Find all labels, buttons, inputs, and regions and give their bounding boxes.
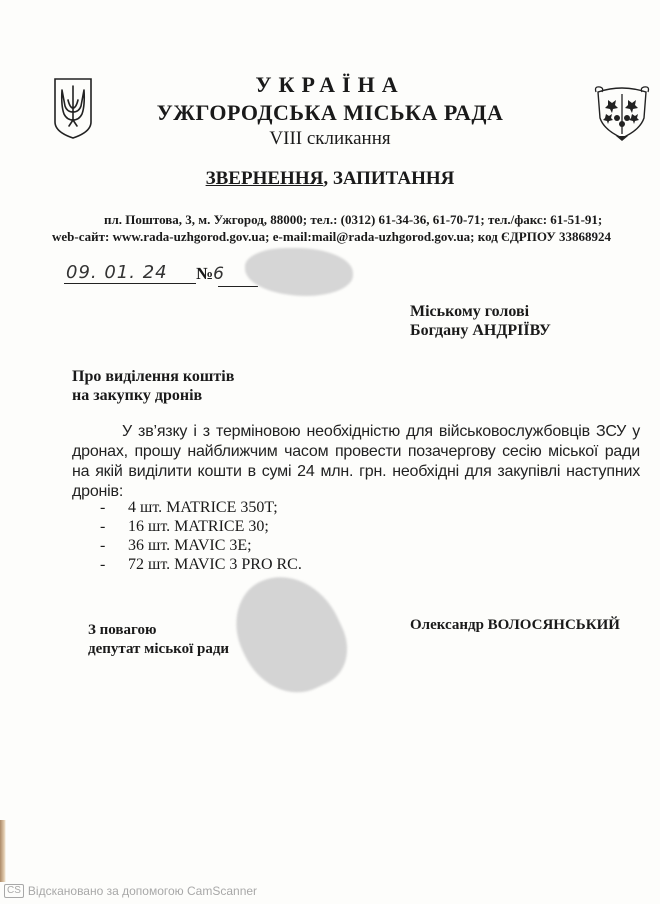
list-item: -36 шт. MAVIC 3E; — [100, 536, 302, 555]
signature-position: депутат міської ради — [88, 641, 229, 658]
header-council-name: УЖГОРОДСЬКА МІСЬКА РАДА — [0, 100, 660, 126]
list-item-text: 16 шт. MATRICE 30; — [128, 517, 269, 536]
document-type-rest: , ЗАПИТАННЯ — [323, 168, 454, 189]
camscanner-logo-icon: CS — [4, 884, 24, 898]
document-type-underlined: ЗВЕРНЕННЯ — [206, 168, 324, 189]
signature-closing: З повагою — [88, 622, 156, 639]
addressee-name: Богдану АНДРІЇВУ — [410, 322, 551, 340]
number-sign: № — [196, 264, 213, 283]
page-edge-shadow — [0, 820, 6, 882]
header-country: УКРАЇНА — [0, 72, 660, 98]
registration-number: №6 — [196, 264, 224, 284]
watermark-text: Відскановано за допомогою CamScanner — [28, 884, 257, 898]
document-type-title: ЗВЕРНЕННЯ, ЗАПИТАННЯ — [0, 168, 660, 190]
subject-line-1: Про виділення коштів — [72, 368, 234, 386]
header-convocation: VIII скликання — [0, 128, 660, 150]
signer-name: Олександр ВОЛОСЯНСЬКИЙ — [410, 617, 620, 634]
number-value: 6 — [213, 264, 224, 284]
list-item: -4 шт. MATRICE 350T; — [100, 498, 302, 517]
list-bullet: - — [100, 555, 128, 574]
subject-line-2: на закупку дронів — [72, 387, 202, 405]
list-item-text: 36 шт. MAVIC 3E; — [128, 536, 252, 555]
list-bullet: - — [100, 498, 128, 517]
list-item: -72 шт. MAVIC 3 PRO RC. — [100, 555, 302, 574]
body-paragraph-text: У зв’язку і з терміновою необхідністю дл… — [72, 422, 640, 502]
redaction-blur-number — [245, 248, 353, 296]
scanner-watermark: CS Відскановано за допомогою CamScanner — [4, 884, 257, 898]
registration-date: 09. 01. 24 — [64, 262, 196, 284]
addressee-position: Міському голові — [410, 303, 529, 321]
list-bullet: - — [100, 517, 128, 536]
list-item-text: 4 шт. MATRICE 350T; — [128, 498, 278, 517]
redaction-blur-signature — [219, 558, 360, 709]
drone-list: -4 шт. MATRICE 350T; -16 шт. MATRICE 30;… — [100, 498, 302, 574]
registration-number-underline — [218, 286, 258, 287]
list-item-text: 72 шт. MAVIC 3 PRO RC. — [128, 555, 302, 574]
scanned-document-page: УКРАЇНА УЖГОРОДСЬКА МІСЬКА РАДА VIII скл… — [0, 0, 660, 904]
list-item: -16 шт. MATRICE 30; — [100, 517, 302, 536]
contact-address-line: пл. Поштова, 3, м. Ужгород, 88000; тел.:… — [104, 212, 602, 228]
list-bullet: - — [100, 536, 128, 555]
body-paragraph: У зв’язку і з терміновою необхідністю дл… — [72, 422, 640, 502]
contact-web-line: web-сайт: www.rada-uzhgorod.gov.ua; e-ma… — [52, 229, 611, 245]
